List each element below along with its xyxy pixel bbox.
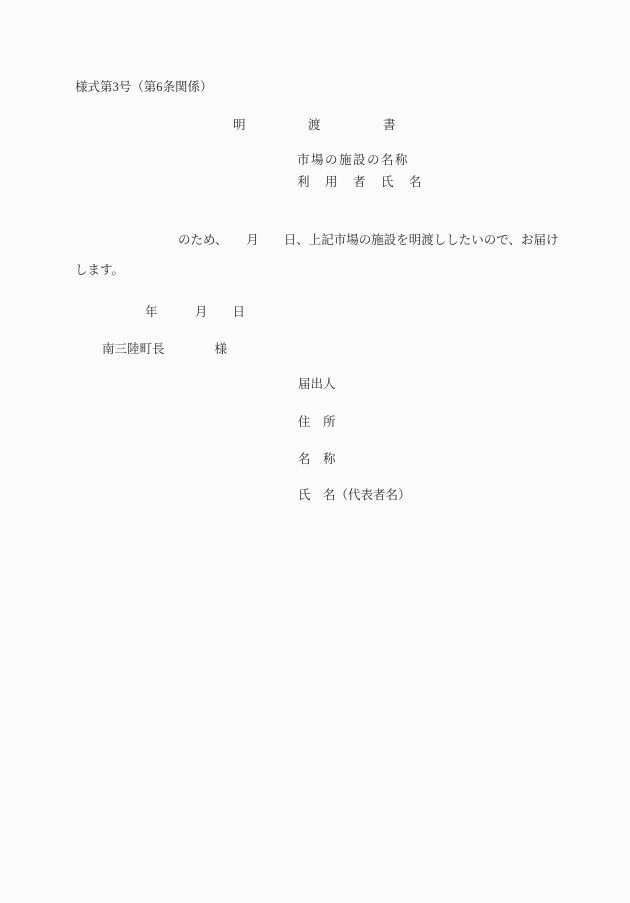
user-name-label: 利 用 者 氏 名	[297, 176, 423, 189]
document-page: 様式第3号（第6条関係） 明 渡 書 市場の施設の名称 利 用 者 氏 名 のた…	[0, 0, 630, 903]
name-label: 名 称	[298, 453, 336, 466]
representative-name-label: 氏 名（代表者名）	[298, 489, 411, 502]
date-line: 年 月 日	[145, 306, 245, 319]
form-number: 様式第3号（第6条関係）	[75, 81, 213, 94]
market-facility-name-label: 市場の施設の名称	[297, 154, 409, 167]
address-label: 住 所	[298, 416, 336, 429]
document-title: 明 渡 書	[233, 119, 396, 132]
notifier-label: 届出人	[298, 378, 336, 391]
body-text-line-2: します。	[75, 264, 124, 277]
body-text-line-1: のため、 月 日、上記市場の施設を明渡ししたいので、お届け	[178, 234, 559, 247]
addressee-line: 南三陸町長 様	[102, 343, 227, 356]
